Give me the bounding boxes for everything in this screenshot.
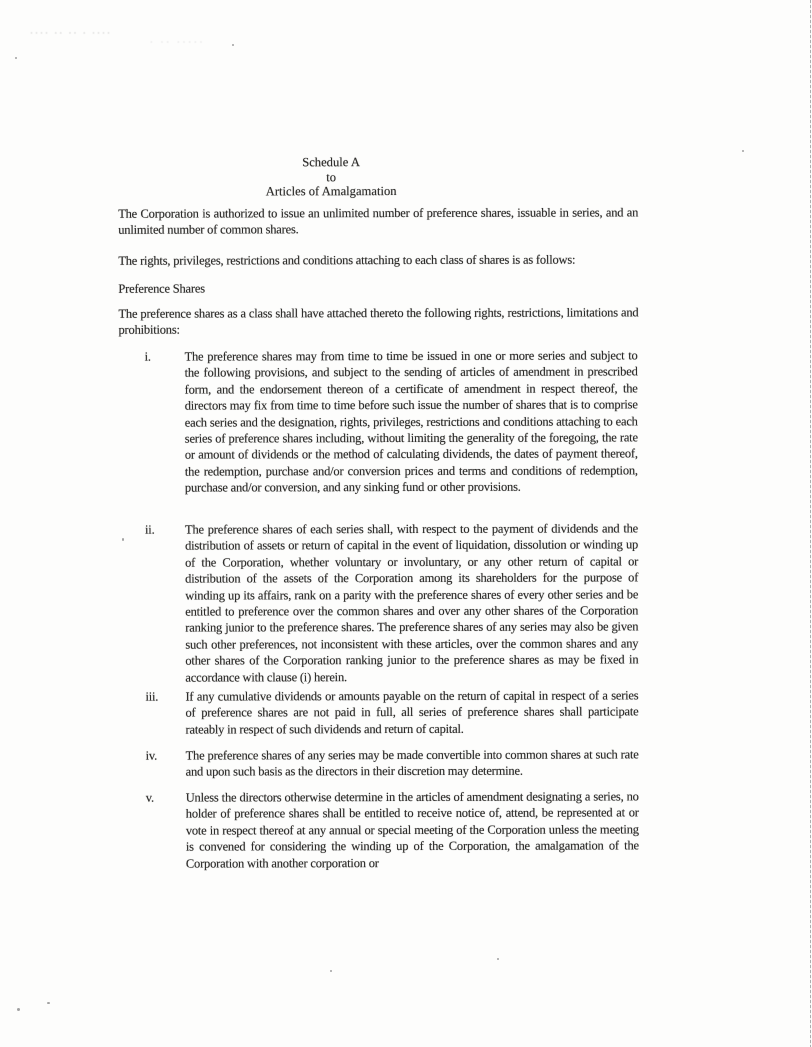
clause-text: Unless the directors otherwise determine… bbox=[186, 788, 639, 871]
title-line-articles: Articles of Amalgamation bbox=[118, 184, 544, 200]
clause-item-ii: ii. The preference shares of each series… bbox=[145, 520, 638, 685]
clause-text: The preference shares of any series may … bbox=[186, 746, 639, 780]
document-page: ···· ·· ·· · ···· · ·· ····· Schedule A … bbox=[0, 0, 812, 1047]
clause-text: If any cumulative dividends or amounts p… bbox=[185, 687, 638, 737]
clause-item-v: v. Unless the directors otherwise determ… bbox=[146, 788, 639, 871]
clause-text: The preference shares of each series sha… bbox=[185, 520, 638, 685]
title-line-to: to bbox=[118, 169, 544, 185]
intro-paragraph-authorized-shares: The Corporation is authorized to issue a… bbox=[118, 204, 638, 238]
section-heading-preference-shares: Preference Shares bbox=[118, 279, 638, 297]
document-title: Schedule A to Articles of Amalgamation bbox=[118, 155, 544, 200]
clause-number: ii. bbox=[145, 522, 185, 539]
intro-paragraph-rights-privileges: The rights, privileges, restrictions and… bbox=[118, 251, 638, 269]
clause-item-iii: iii. If any cumulative dividends or amou… bbox=[145, 687, 638, 738]
clause-number: v. bbox=[146, 790, 186, 807]
clause-number: iii. bbox=[145, 689, 185, 706]
intro-paragraph-class-rights: The preference shares as a class shall h… bbox=[118, 304, 638, 338]
clause-number: iv. bbox=[146, 748, 186, 765]
clause-number: i. bbox=[145, 349, 185, 366]
clause-text: The preference shares may from time to t… bbox=[185, 347, 638, 496]
clause-item-iv: iv. The preference shares of any series … bbox=[146, 746, 639, 780]
title-line-schedule: Schedule A bbox=[118, 155, 544, 171]
clause-item-i: i. The preference shares may from time t… bbox=[145, 347, 638, 496]
